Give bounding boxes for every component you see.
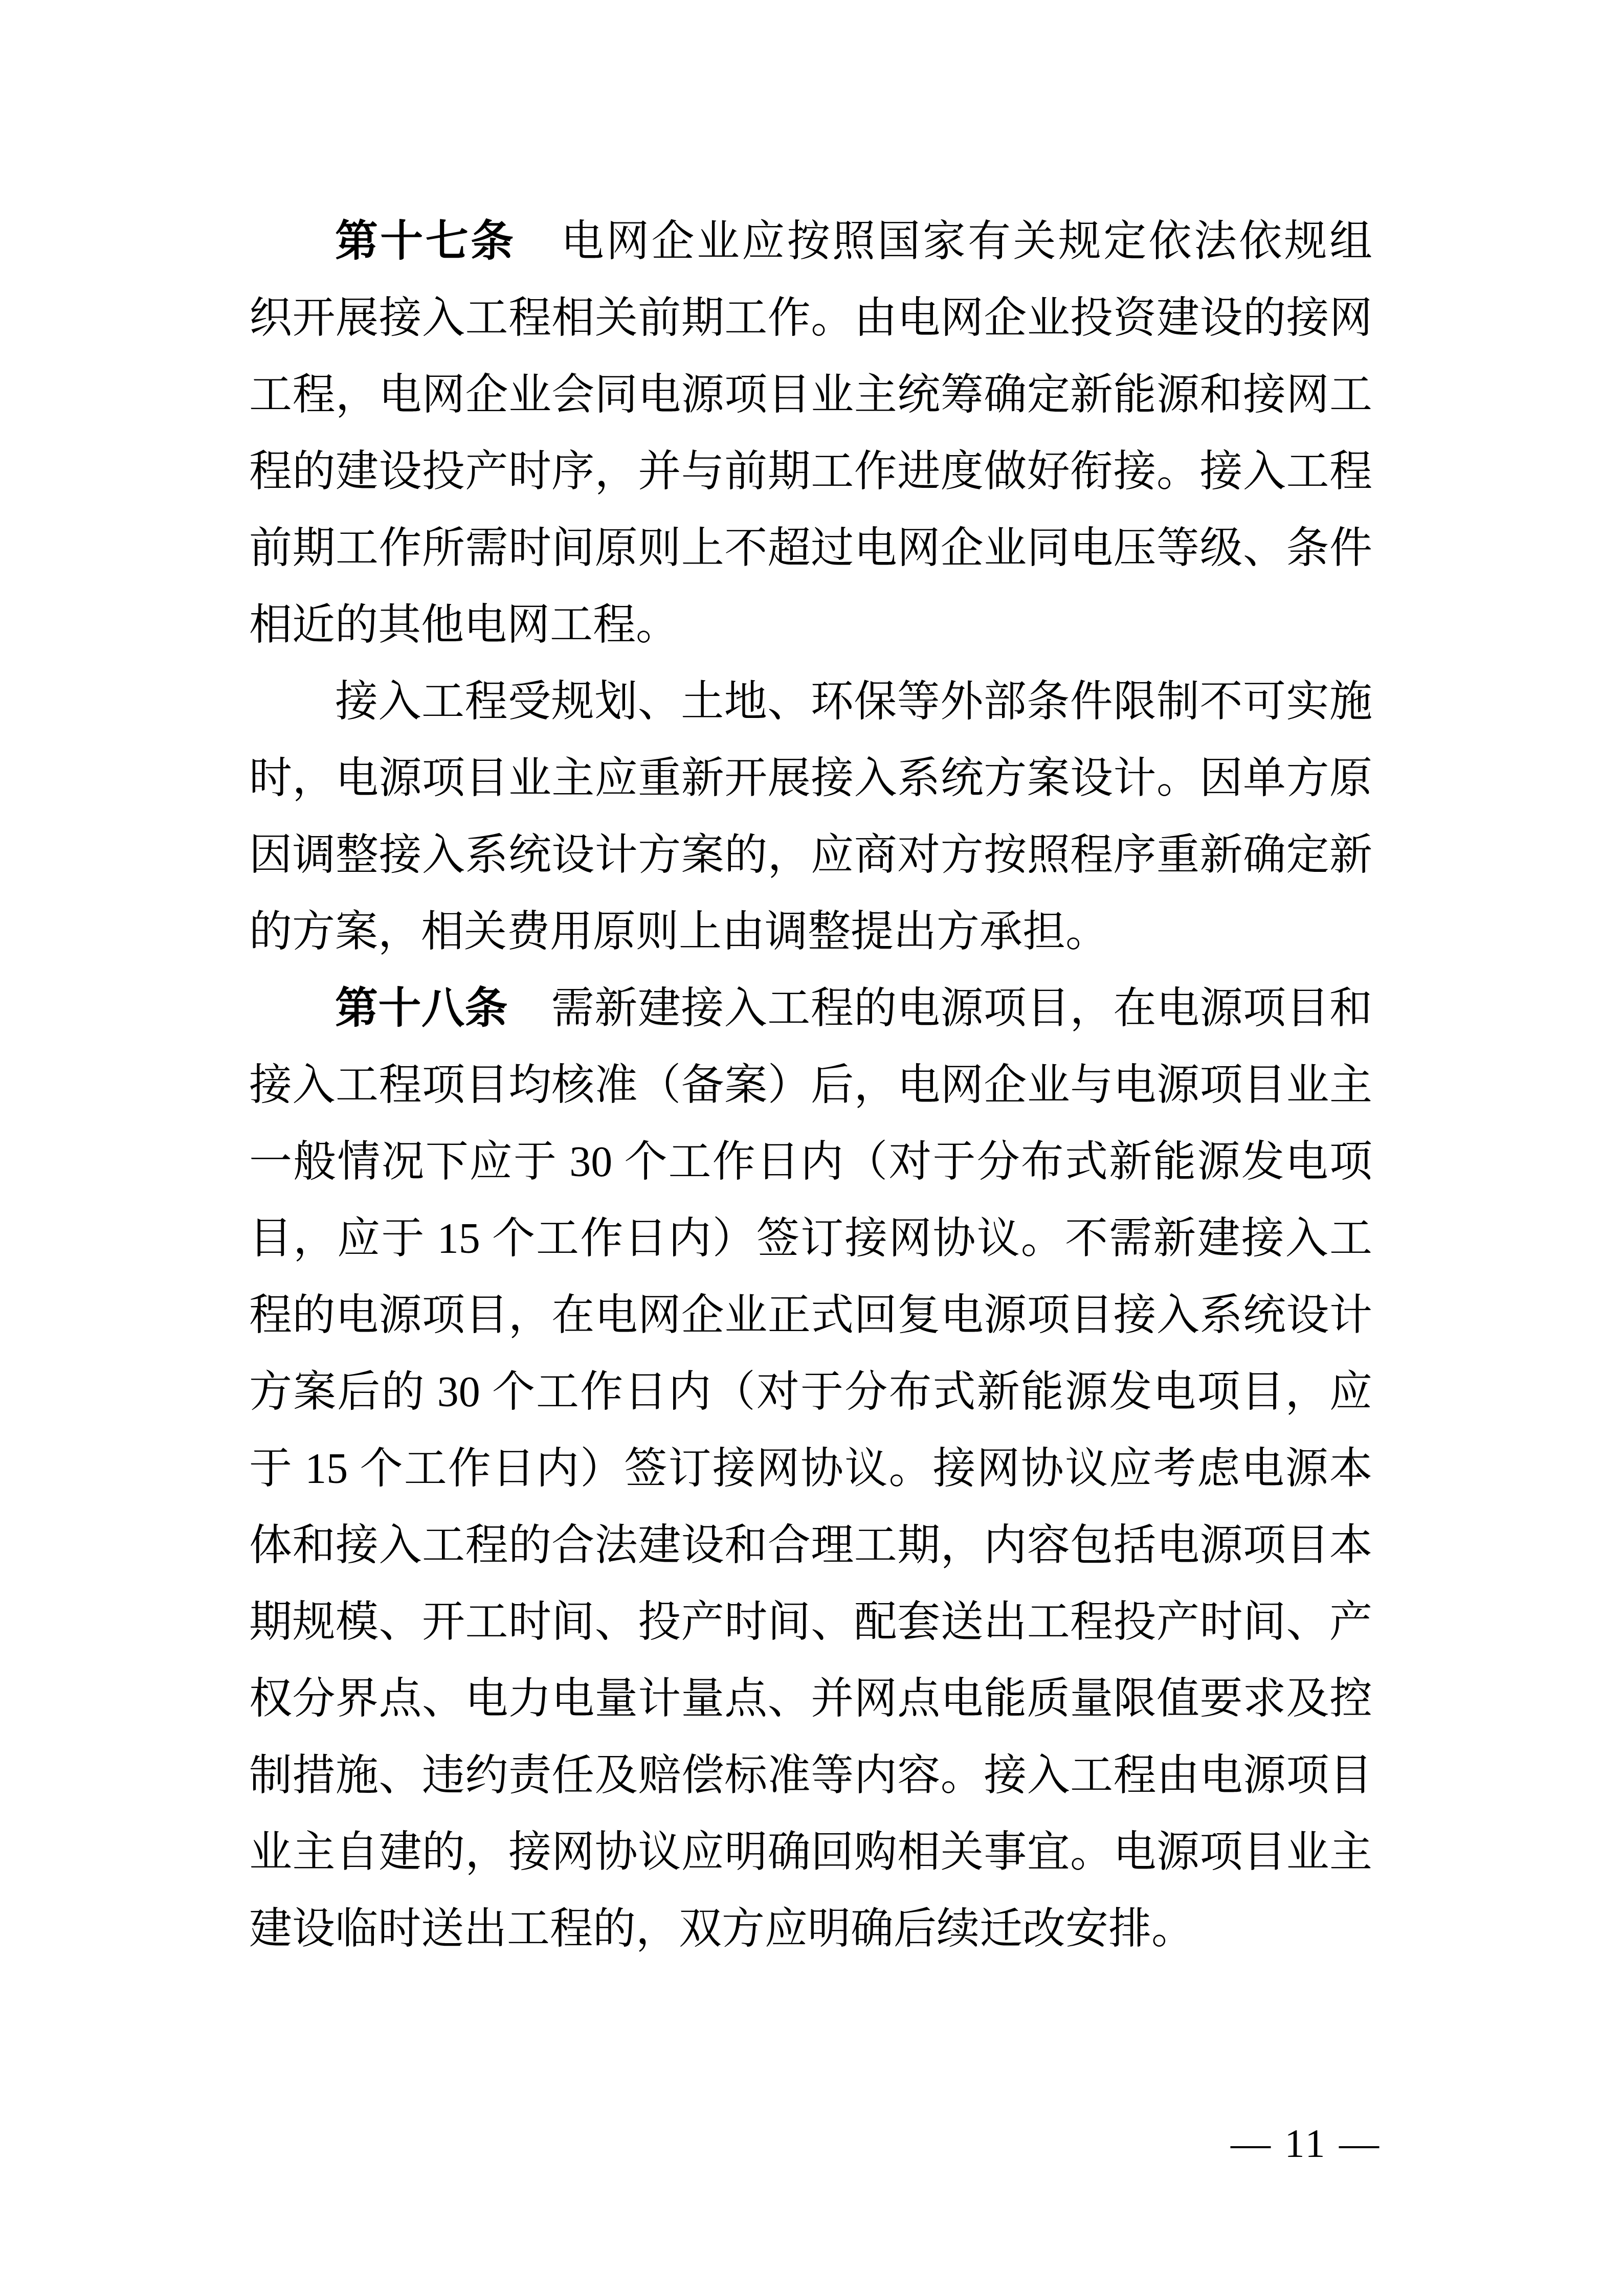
text-run: 电网企业应按照国家有关规定依法依规组 xyxy=(516,218,1372,265)
text-line: 接入工程受规划、土地、环保等外部条件限制不可实施 xyxy=(249,664,1372,740)
text-run: 接入工程项目均核准（备案）后，电网企业与电源项目业主 xyxy=(249,1062,1372,1109)
text-line: 制措施、违约责任及赔偿标准等内容。接入工程由电源项目 xyxy=(249,1738,1372,1814)
text-line: 织开展接入工程相关前期工作。由电网企业投资建设的接网 xyxy=(249,280,1372,357)
text-line: 业主自建的，接网协议应明确回购相关事宜。电源项目业主 xyxy=(249,1814,1372,1891)
text-line: 程的电源项目，在电网企业正式回复电源项目接入系统设计 xyxy=(249,1277,1372,1354)
text-run: 时，电源项目业主应重新开展接入系统方案设计。因单方原 xyxy=(249,755,1372,802)
text-line: 方案后的 30 个工作日内（对于分布式新能源发电项目，应 xyxy=(249,1354,1372,1431)
text-line: 的方案，相关费用原则上由调整提出方承担。 xyxy=(249,894,1372,971)
text-run: 程的电源项目，在电网企业正式回复电源项目接入系统设计 xyxy=(249,1292,1372,1339)
text-line: 第十七条 电网企业应按照国家有关规定依法依规组 xyxy=(249,204,1372,280)
text-run: 于 15 个工作日内）签订接网协议。接网协议应考虑电源本 xyxy=(249,1445,1372,1493)
text-line: 期规模、开工时间、投产时间、配套送出工程投产时间、产 xyxy=(249,1584,1372,1661)
article-heading: 第十八条 xyxy=(335,985,508,1032)
text-run: 体和接入工程的合法建设和合理工期，内容包括电源项目本 xyxy=(249,1522,1372,1569)
text-run: 业主自建的，接网协议应明确回购相关事宜。电源项目业主 xyxy=(249,1829,1372,1876)
text-line: 前期工作所需时间原则上不超过电网企业同电压等级、条件 xyxy=(249,510,1372,587)
text-run: 期规模、开工时间、投产时间、配套送出工程投产时间、产 xyxy=(249,1599,1372,1646)
text-line: 体和接入工程的合法建设和合理工期，内容包括电源项目本 xyxy=(249,1507,1372,1584)
text-line: 一般情况下应于 30 个工作日内（对于分布式新能源发电项 xyxy=(249,1124,1372,1201)
text-run: 一般情况下应于 30 个工作日内（对于分布式新能源发电项 xyxy=(249,1138,1372,1186)
text-line: 第十八条 需新建接入工程的电源项目，在电源项目和 xyxy=(249,971,1372,1047)
text-run: 接入工程受规划、土地、环保等外部条件限制不可实施 xyxy=(335,678,1372,726)
page-number: — 11 — xyxy=(1231,2121,1381,2165)
text-run: 需新建接入工程的电源项目，在电源项目和 xyxy=(508,985,1372,1032)
text-run: 权分界点、电力电量计量点、并网点电能质量限值要求及控 xyxy=(249,1675,1372,1723)
text-line: 建设临时送出工程的，双方应明确后续迁改安排。 xyxy=(249,1891,1372,1968)
text-run: 程的建设投产时序，并与前期工作进度做好衔接。接入工程 xyxy=(249,448,1372,496)
text-run: 因调整接入系统设计方案的，应商对方按照程序重新确定新 xyxy=(249,831,1372,879)
text-run: 方案后的 30 个工作日内（对于分布式新能源发电项目，应 xyxy=(249,1368,1372,1416)
text-run: 相近的其他电网工程。 xyxy=(249,601,679,649)
text-run: 织开展接入工程相关前期工作。由电网企业投资建设的接网 xyxy=(249,295,1372,342)
document-body: 第十七条 电网企业应按照国家有关规定依法依规组织开展接入工程相关前期工作。由电网… xyxy=(249,204,1372,1968)
text-line: 工程，电网企业会同电源项目业主统筹确定新能源和接网工 xyxy=(249,357,1372,434)
text-line: 权分界点、电力电量计量点、并网点电能质量限值要求及控 xyxy=(249,1661,1372,1738)
text-line: 于 15 个工作日内）签订接网协议。接网协议应考虑电源本 xyxy=(249,1431,1372,1507)
article-heading: 第十七条 xyxy=(335,218,516,265)
text-run: 的方案，相关费用原则上由调整提出方承担。 xyxy=(249,908,1108,956)
text-run: 工程，电网企业会同电源项目业主统筹确定新能源和接网工 xyxy=(249,371,1372,419)
text-run: 目，应于 15 个工作日内）签订接网协议。不需新建接入工 xyxy=(249,1215,1372,1263)
text-line: 接入工程项目均核准（备案）后，电网企业与电源项目业主 xyxy=(249,1047,1372,1124)
text-line: 因调整接入系统设计方案的，应商对方按照程序重新确定新 xyxy=(249,817,1372,894)
text-line: 时，电源项目业主应重新开展接入系统方案设计。因单方原 xyxy=(249,740,1372,817)
text-run: 建设临时送出工程的，双方应明确后续迁改安排。 xyxy=(249,1905,1194,1953)
text-run: 前期工作所需时间原则上不超过电网企业同电压等级、条件 xyxy=(249,525,1372,572)
text-line: 相近的其他电网工程。 xyxy=(249,587,1372,664)
text-run: 制措施、违约责任及赔偿标准等内容。接入工程由电源项目 xyxy=(249,1752,1372,1799)
document-page: 第十七条 电网企业应按照国家有关规定依法依规组织开展接入工程相关前期工作。由电网… xyxy=(0,0,1624,2296)
text-line: 目，应于 15 个工作日内）签订接网协议。不需新建接入工 xyxy=(249,1201,1372,1277)
text-line: 程的建设投产时序，并与前期工作进度做好衔接。接入工程 xyxy=(249,434,1372,510)
